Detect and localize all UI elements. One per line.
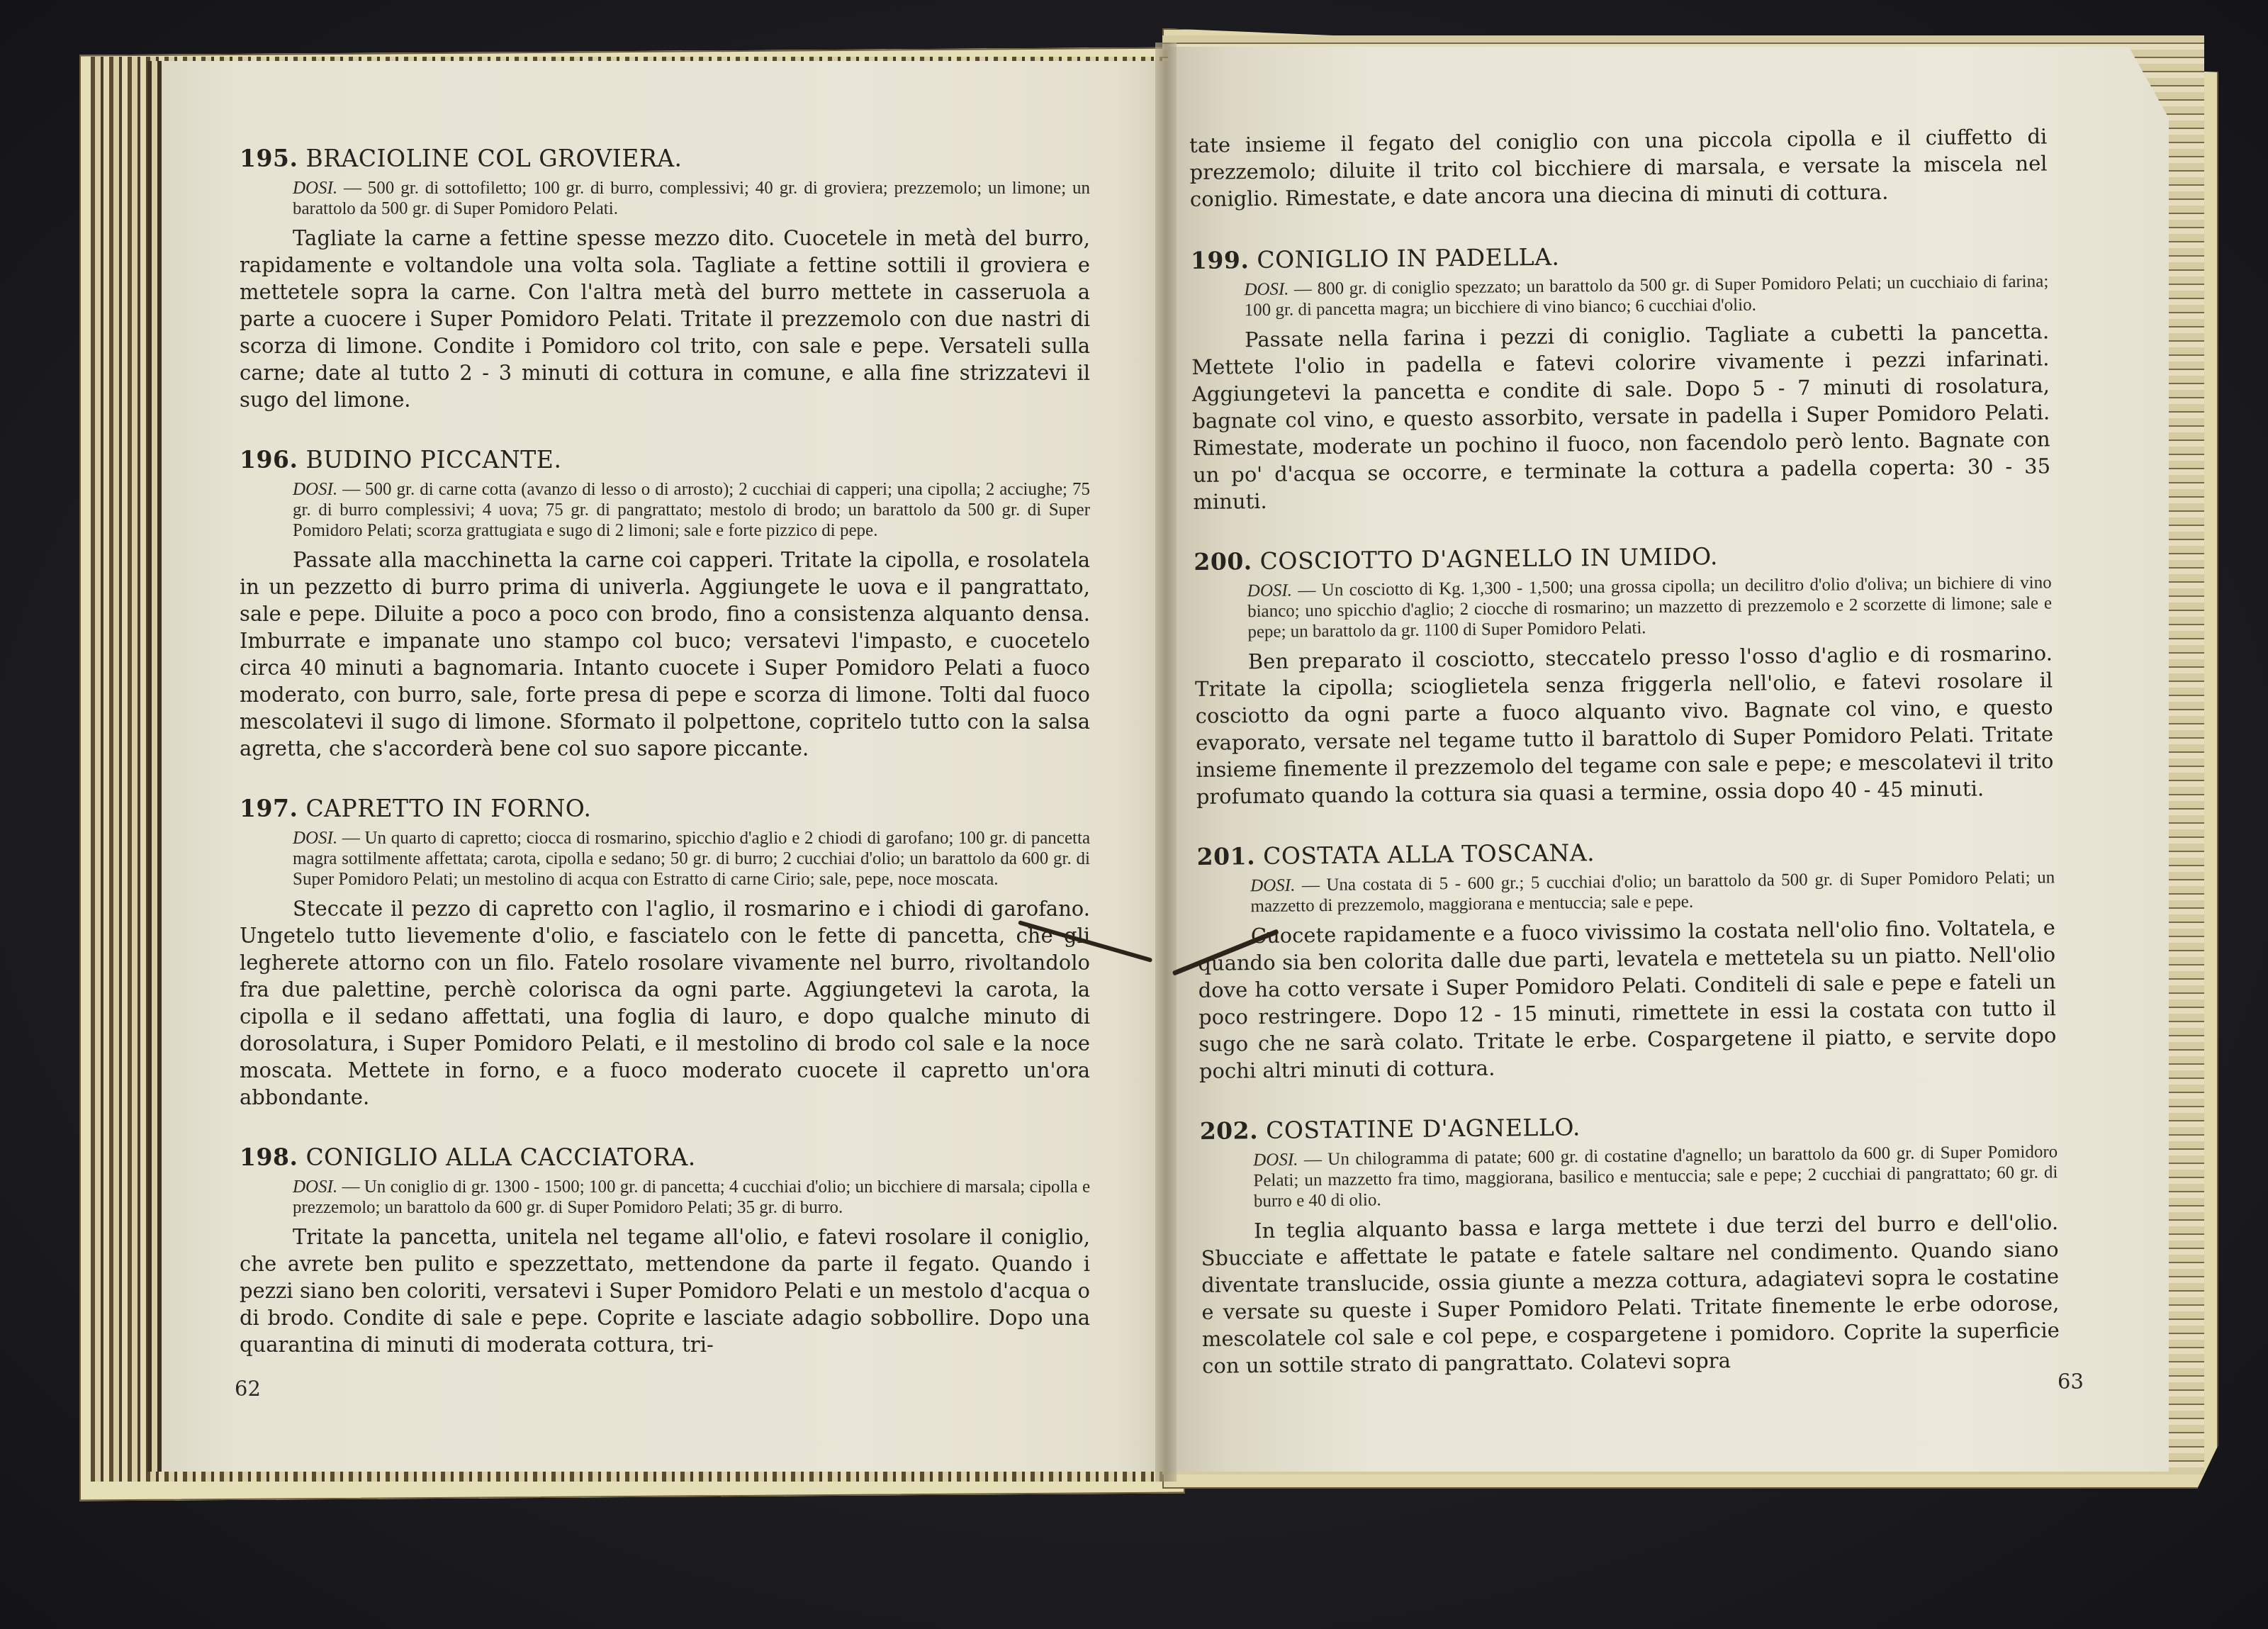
recipe-instructions: Passate alla macchinetta la carne coi ca…: [240, 547, 1090, 762]
dosi-label: DOSI.: [1244, 280, 1289, 300]
dosi-text: — 800 gr. di coniglio spezzato; un barat…: [1244, 271, 2048, 320]
recipe-instructions: Tritate la pancetta, unitela nel tegame …: [240, 1224, 1090, 1358]
recipe-number: 201.: [1197, 842, 1256, 871]
dosi-text: — Un cosciotto di Kg. 1,300 - 1,500; una…: [1247, 573, 2052, 642]
recipe-ingredients: DOSI. — 500 gr. di carne cotta (avanzo d…: [293, 479, 1090, 541]
recipe-ingredients: DOSI. — Un quarto di capretto; ciocca di…: [293, 828, 1090, 890]
dosi-label: DOSI.: [1247, 581, 1292, 601]
dosi-label: DOSI.: [293, 1177, 337, 1197]
recipe-202: 202. COSTATINE D'AGNELLO. DOSI. — Un chi…: [1200, 1108, 2060, 1379]
recipe-instructions: Ben preparato il cosciotto, steccatelo p…: [1195, 639, 2054, 810]
recipe-instructions: In teglia alquanto bassa e larga mettete…: [1201, 1209, 2060, 1379]
recipe-instructions: Steccate il pezzo di capretto con l'agli…: [240, 895, 1090, 1111]
left-page-content: 195. BRACIOLINE COL GROVIERA. DOSI. — 50…: [240, 145, 1090, 1391]
recipe-name: COSTATA ALLA TOSCANA.: [1263, 839, 1595, 870]
recipe-instructions: Tagliate la carne a fettine spesse mezzo…: [240, 225, 1090, 413]
recipe-number: 195.: [240, 145, 298, 172]
book-gutter: [1155, 43, 1177, 1482]
recipe-name: CONIGLIO ALLA CACCIATORA.: [305, 1143, 695, 1171]
dosi-label: DOSI.: [1250, 875, 1295, 895]
open-book: 195. BRACIOLINE COL GROVIERA. DOSI. — 50…: [0, 0, 2268, 1629]
recipe-ingredients: DOSI. — Una costata di 5 - 600 gr.; 5 cu…: [1250, 867, 2055, 917]
recipe-number: 200.: [1194, 547, 1252, 576]
recipe-number: 199.: [1191, 246, 1250, 274]
recipe-title: 195. BRACIOLINE COL GROVIERA.: [240, 145, 1090, 172]
recipe-title: 198. CONIGLIO ALLA CACCIATORA.: [240, 1143, 1090, 1171]
recipe-name: CAPRETTO IN FORNO.: [305, 795, 591, 822]
recipe-ingredients: DOSI. — 800 gr. di coniglio spezzato; un…: [1244, 271, 2049, 320]
dosi-text: — 500 gr. di carne cotta (avanzo di less…: [293, 480, 1090, 540]
page-number-right: 63: [2058, 1370, 2084, 1394]
recipe-number: 197.: [240, 795, 298, 822]
recipe-ingredients: DOSI. — Un coniglio di gr. 1300 - 1500; …: [293, 1177, 1090, 1218]
right-page: tate insieme il fegato del coniglio con …: [1168, 47, 2169, 1472]
recipe-name: COSCIOTTO D'AGNELLO IN UMIDO.: [1260, 542, 1718, 575]
dosi-text: — Un quarto di capretto; ciocca di rosma…: [293, 829, 1090, 889]
continued-text: tate insieme il fegato del coniglio con …: [1189, 123, 2048, 213]
recipe-name: BUDINO PICCANTE.: [305, 446, 561, 474]
recipe-196: 196. BUDINO PICCANTE. DOSI. — 500 gr. di…: [240, 446, 1090, 762]
left-page: 195. BRACIOLINE COL GROVIERA. DOSI. — 50…: [162, 61, 1168, 1472]
recipe-199: 199. CONIGLIO IN PADELLA. DOSI. — 800 gr…: [1191, 237, 2051, 515]
recipe-number: 202.: [1200, 1116, 1259, 1145]
dosi-text: — Un coniglio di gr. 1300 - 1500; 100 gr…: [293, 1177, 1090, 1217]
recipe-name: BRACIOLINE COL GROVIERA.: [305, 145, 682, 172]
recipe-201: 201. COSTATA ALLA TOSCANA. DOSI. — Una c…: [1197, 834, 2058, 1085]
recipe-200: 200. COSCIOTTO D'AGNELLO IN UMIDO. DOSI.…: [1194, 539, 2054, 810]
recipe-title: 201. COSTATA ALLA TOSCANA.: [1197, 834, 2055, 871]
recipe-instructions: Cuocete rapidamente e a fuoco vivissimo …: [1198, 914, 2057, 1085]
recipe-title: 200. COSCIOTTO D'AGNELLO IN UMIDO.: [1194, 539, 2051, 576]
recipe-name: COSTATINE D'AGNELLO.: [1266, 1113, 1581, 1144]
dosi-text: — 500 gr. di sottofiletto; 100 gr. di bu…: [293, 179, 1090, 218]
recipe-195: 195. BRACIOLINE COL GROVIERA. DOSI. — 50…: [240, 145, 1090, 413]
recipe-ingredients: DOSI. — Un cosciotto di Kg. 1,300 - 1,50…: [1247, 572, 2053, 642]
recipe-title: 196. BUDINO PICCANTE.: [240, 446, 1090, 474]
recipe-number: 198.: [240, 1143, 298, 1171]
dosi-text: — Un chilogramma di patate; 600 gr. di c…: [1253, 1142, 2058, 1211]
recipe-ingredients: DOSI. — Un chilogramma di patate; 600 gr…: [1253, 1141, 2058, 1211]
dosi-label: DOSI.: [293, 829, 337, 848]
recipe-title: 199. CONIGLIO IN PADELLA.: [1191, 237, 2048, 274]
recipe-title: 197. CAPRETTO IN FORNO.: [240, 795, 1090, 822]
recipe-198: 198. CONIGLIO ALLA CACCIATORA. DOSI. — U…: [240, 1143, 1090, 1358]
dosi-label: DOSI.: [293, 179, 337, 198]
dosi-label: DOSI.: [293, 480, 337, 499]
right-page-content: tate insieme il fegato del coniglio con …: [1189, 123, 2060, 1412]
recipe-197: 197. CAPRETTO IN FORNO. DOSI. — Un quart…: [240, 795, 1090, 1111]
recipe-instructions: Passate nella farina i pezzi di coniglio…: [1191, 318, 2051, 515]
dosi-text: — Una costata di 5 - 600 gr.; 5 cucchiai…: [1250, 868, 2055, 916]
dosi-label: DOSI.: [1253, 1150, 1298, 1170]
recipe-name: CONIGLIO IN PADELLA.: [1257, 243, 1560, 274]
recipe-number: 196.: [240, 446, 298, 474]
recipe-ingredients: DOSI. — 500 gr. di sottofiletto; 100 gr.…: [293, 178, 1090, 219]
page-number-left: 62: [235, 1377, 261, 1401]
recipe-title: 202. COSTATINE D'AGNELLO.: [1200, 1108, 2058, 1145]
